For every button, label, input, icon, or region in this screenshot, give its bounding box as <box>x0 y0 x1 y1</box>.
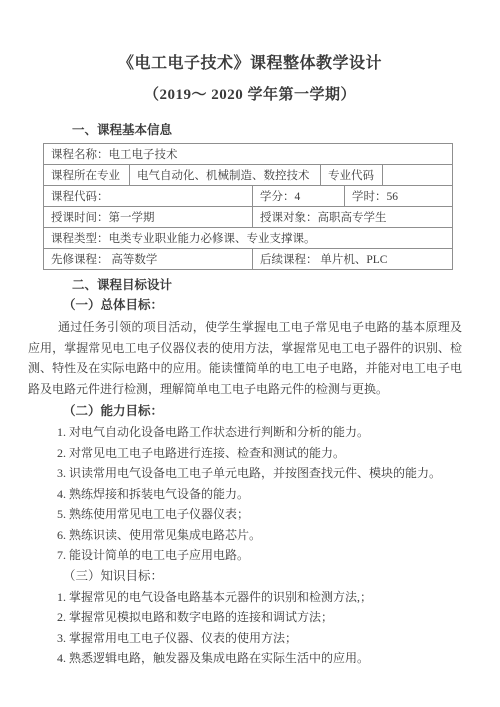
ability-objective-item: 3. 识读常用电气设备电工电子单元电路，并按图查找元件、模块的能力。 <box>57 463 472 484</box>
table-cell-major-code-label: 专业代码 <box>320 165 382 185</box>
table-row-course-name: 课程名称：电工电子技术 <box>44 144 452 164</box>
table-row-related-courses: 先修课程： 高等数学 后续课程： 单片机、PLC <box>44 248 452 269</box>
table-cell-prerequisite: 先修课程： 高等数学 <box>44 249 252 269</box>
section-heading-objectives: 二、课程目标设计 <box>72 277 472 293</box>
document-page: 《电工电子技术》课程整体教学设计 （2019～ 2020 学年第一学期） 一、课… <box>0 0 500 707</box>
overall-objective-paragraph: 通过任务引领的项目活动，使学生掌握电工电子常见电子电路的基本原理及应用，掌握常见… <box>28 317 462 399</box>
table-cell-teaching-time: 授课时间：第一学期 <box>44 207 252 227</box>
ability-objective-list: 1. 对电气自动化设备电路工作状态进行判断和分析的能力。 2. 对常见电工电子电… <box>57 422 472 566</box>
ability-objective-item: 5. 熟练使用常见电工电子仪器仪表； <box>57 504 472 525</box>
document-subtitle: （2019～ 2020 学年第一学期） <box>28 84 472 106</box>
knowledge-objective-item: 1. 掌握常见的电气设备电路基本元器件的识别和检测方法,； <box>57 587 472 608</box>
table-cell-major-label: 课程所在专业 <box>44 165 129 185</box>
table-row-schedule: 授课时间：第一学期 授课对象：高职高专学生 <box>44 206 452 227</box>
table-cell-course-type: 课程类型：电类专业职业能力必修课、专业支撑课。 <box>44 228 452 248</box>
document-title: 《电工电子技术》课程整体教学设计 <box>28 52 472 76</box>
table-cell-course-name: 课程名称：电工电子技术 <box>44 144 452 164</box>
subsection-heading-knowledge: （三）知识目标： <box>63 568 472 585</box>
subsection-heading-overall: （一）总体目标： <box>63 297 472 314</box>
ability-objective-item: 1. 对电气自动化设备电路工作状态进行判断和分析的能力。 <box>57 422 472 443</box>
table-cell-course-code: 课程代码： <box>44 186 252 206</box>
ability-objective-item: 2. 对常见电工电子电路进行连接、检查和测试的能力。 <box>57 443 472 464</box>
table-cell-teaching-target: 授课对象：高职高专学生 <box>252 207 452 227</box>
knowledge-objective-item: 4. 熟悉逻辑电路，触发器及集成电路在实际生活中的应用。 <box>57 648 472 669</box>
table-cell-major-value: 电气自动化、机械制造、数控技术 <box>129 165 320 185</box>
ability-objective-item: 6. 熟练识读、使用常见集成电路芯片。 <box>57 525 472 546</box>
table-row-course-code: 课程代码： 学分：4 学时：56 <box>44 185 452 206</box>
course-info-table: 课程名称：电工电子技术 课程所在专业 电气自动化、机械制造、数控技术 专业代码 … <box>43 143 453 270</box>
knowledge-objective-list: 1. 掌握常见的电气设备电路基本元器件的识别和检测方法,； 2. 掌握常见模拟电… <box>57 587 472 669</box>
subsection-heading-ability: （二）能力目标： <box>63 403 472 420</box>
ability-objective-item: 4. 熟练焊接和拆装电气设备的能力。 <box>57 484 472 505</box>
table-cell-credits: 学分：4 <box>252 186 344 206</box>
table-cell-hours: 学时：56 <box>344 186 452 206</box>
section-heading-basic-info: 一、课程基本信息 <box>72 122 472 138</box>
table-cell-major-code-value <box>382 165 452 185</box>
table-row-course-type: 课程类型：电类专业职业能力必修课、专业支撑课。 <box>44 227 452 248</box>
table-row-major: 课程所在专业 电气自动化、机械制造、数控技术 专业代码 <box>44 164 452 185</box>
table-cell-follow-up: 后续课程： 单片机、PLC <box>252 249 452 269</box>
knowledge-objective-item: 2. 掌握常见模拟电路和数字电路的连接和调试方法； <box>57 607 472 628</box>
knowledge-objective-item: 3. 掌握常用电工电子仪器、仪表的使用方法； <box>57 628 472 649</box>
ability-objective-item: 7. 能设计简单的电工电子应用电路。 <box>57 545 472 566</box>
